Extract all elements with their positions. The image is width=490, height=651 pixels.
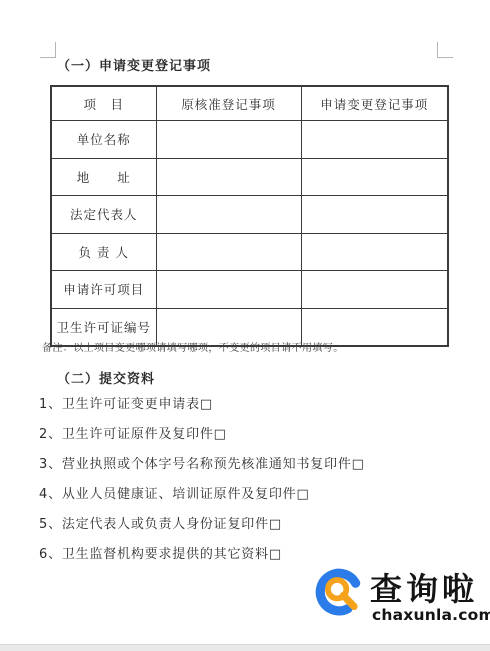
changed-value-cell[interactable]: [301, 233, 448, 271]
original-value-cell[interactable]: [156, 121, 301, 159]
checklist-item-3: 3、营业执照或个体字号名称预先核准通知书复印件□: [39, 450, 365, 480]
changed-value-cell[interactable]: [301, 271, 448, 309]
original-value-cell[interactable]: [156, 196, 301, 234]
table-row: 单位名称: [51, 121, 448, 159]
col-header-item: 项 目: [51, 86, 156, 121]
table-header-row: 项 目 原核准登记事项 申请变更登记事项: [51, 86, 448, 121]
watermark-domain-text: chaxunla.com: [372, 606, 490, 624]
table-row: 负 责 人: [51, 233, 448, 271]
watermark-brand-text: 查询啦: [370, 564, 478, 610]
original-value-cell[interactable]: [156, 271, 301, 309]
row-label-license-items: 申请许可项目: [51, 271, 156, 309]
changed-value-cell[interactable]: [301, 196, 448, 234]
row-label-address: 地 址: [51, 158, 156, 196]
document-page: （一）申请变更登记事项 项 目 原核准登记事项 申请变更登记事项 单位名称 地 …: [0, 0, 490, 651]
row-label-unit-name: 单位名称: [51, 121, 156, 159]
col-header-original: 原核准登记事项: [156, 86, 301, 121]
col-header-changed: 申请变更登记事项: [301, 86, 448, 121]
margin-crop-mark-right: [437, 42, 453, 58]
row-label-person-in-charge: 负 责 人: [51, 233, 156, 271]
changed-value-cell[interactable]: [301, 158, 448, 196]
table-row: 申请许可项目: [51, 271, 448, 309]
section2-title: （二）提交资料: [57, 368, 155, 387]
original-value-cell[interactable]: [156, 233, 301, 271]
submit-materials-list: 1、卫生许可证变更申请表□ 2、卫生许可证原件及复印件□ 3、营业执照或个体字号…: [39, 390, 365, 570]
margin-crop-mark-left: [40, 42, 56, 58]
row-label-legal-representative: 法定代表人: [51, 196, 156, 234]
section1-title: （一）申请变更登记事项: [57, 55, 211, 74]
checklist-item-2: 2、卫生许可证原件及复印件□: [39, 420, 365, 450]
checklist-item-5: 5、法定代表人或负责人身份证复印件□: [39, 510, 365, 540]
original-value-cell[interactable]: [156, 158, 301, 196]
table-note: 备注：以上项目变更哪项请填写哪项，不变更的项目请不用填写。: [42, 339, 344, 354]
magnifier-handle: [343, 595, 354, 606]
change-registration-table: 项 目 原核准登记事项 申请变更登记事项 单位名称 地 址 法定代表人 负 责 …: [50, 85, 449, 347]
magnifier-logo-icon: [314, 567, 368, 621]
checklist-item-1: 1、卫生许可证变更申请表□: [39, 390, 365, 420]
table-row: 法定代表人: [51, 196, 448, 234]
changed-value-cell[interactable]: [301, 121, 448, 159]
checklist-item-4: 4、从业人员健康证、培训证原件及复印件□: [39, 480, 365, 510]
chaxunla-watermark: 查询啦 chaxunla.com: [314, 562, 490, 640]
page-bottom-edge: [0, 644, 490, 651]
table-row: 地 址: [51, 158, 448, 196]
